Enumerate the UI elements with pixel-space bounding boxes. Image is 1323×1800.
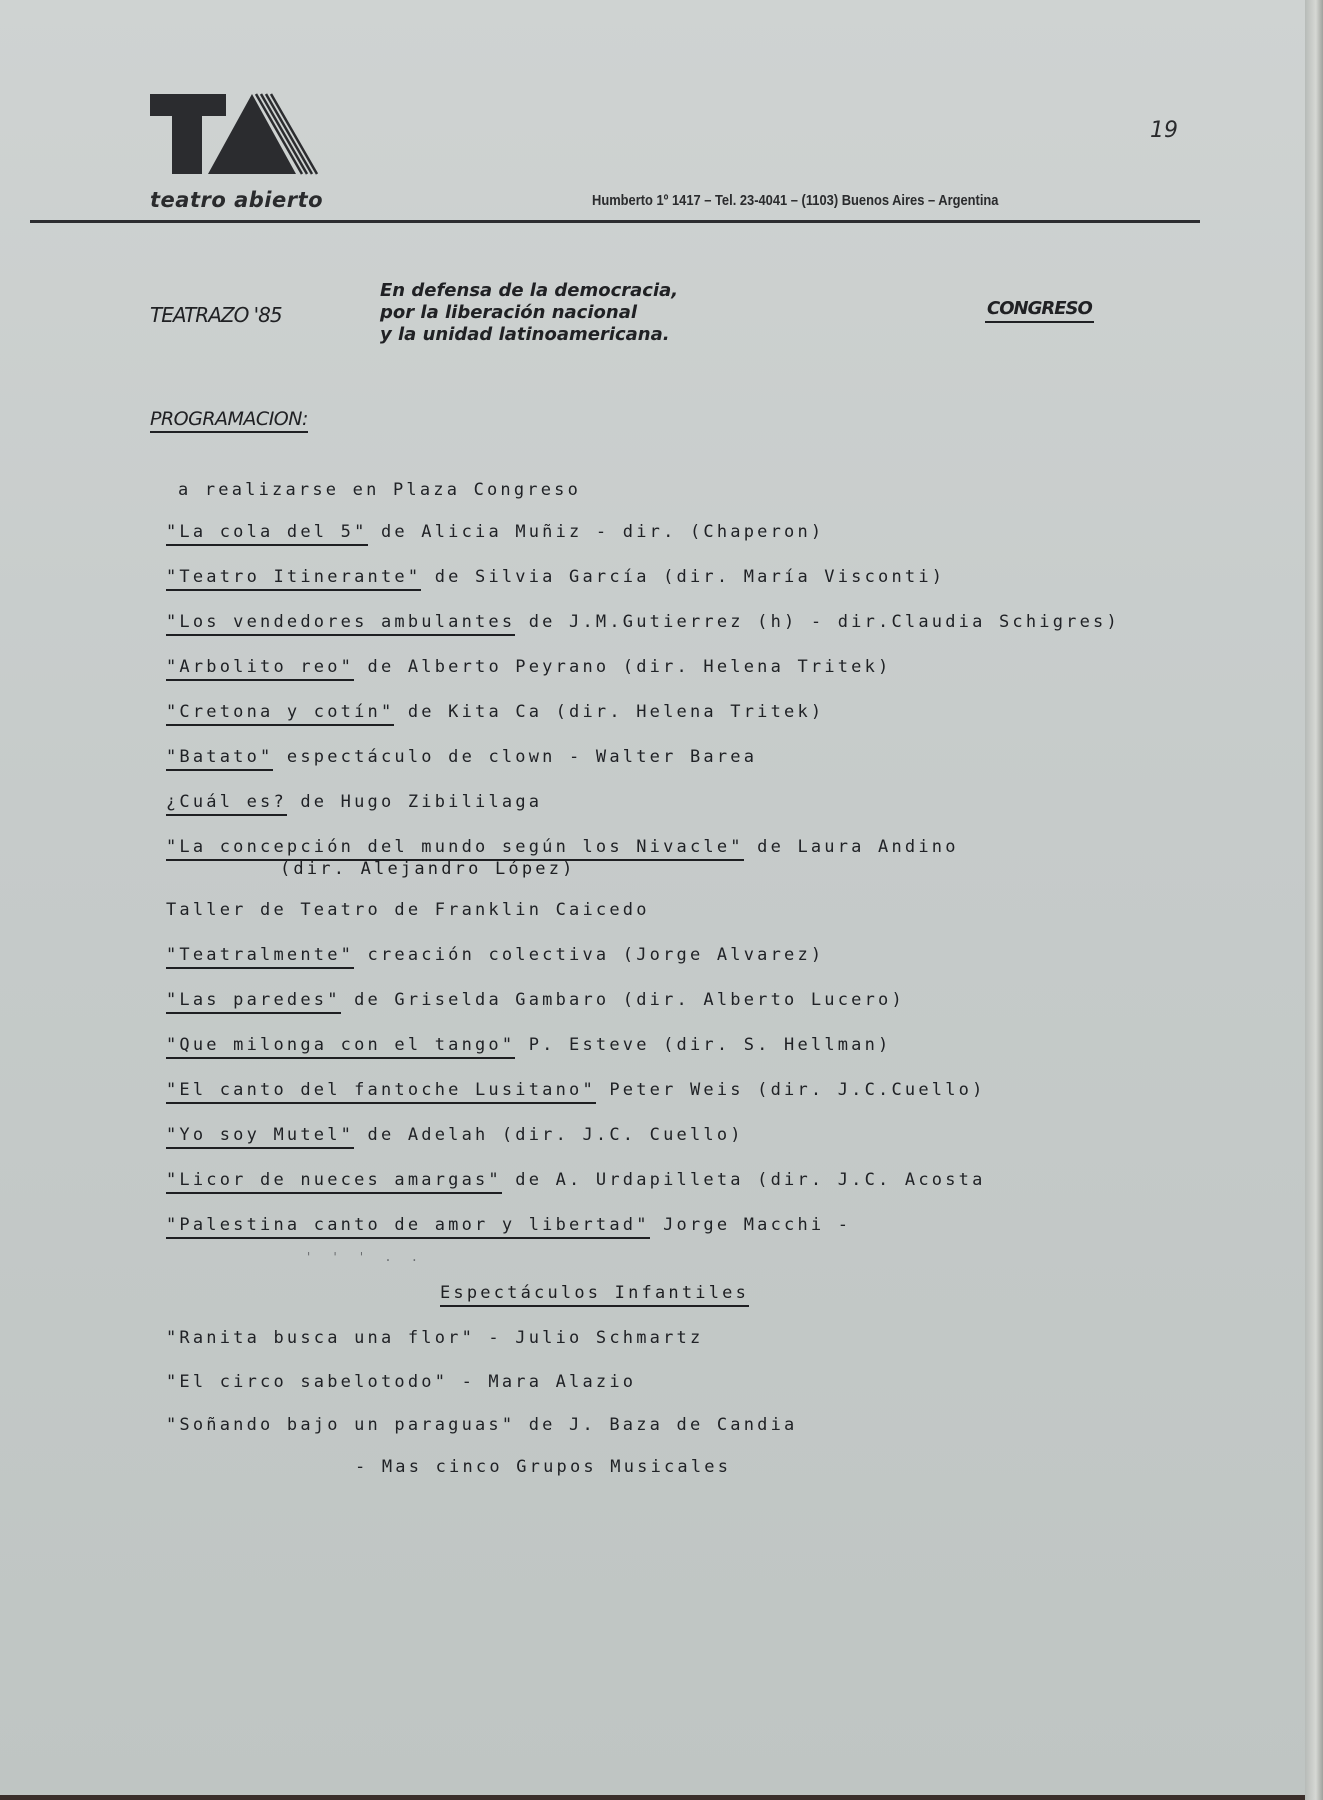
program-item-title: "Yo soy Mutel" [166,1125,354,1149]
program-item-title: "La concepción del mundo según los Nivac… [166,837,744,861]
program-item: "Los vendedores ambulantes de J.M.Gutier… [166,612,1120,632]
program-item-title: "Cretona y cotín" [166,702,394,726]
page-speckles: ' ' ' . . [305,1250,424,1264]
program-item: "Arbolito reo" de Alberto Peyrano (dir. … [166,657,892,677]
program-item-credits: espectáculo de clown - Walter Barea [273,747,757,767]
program-item-credits: de J.M.Gutierrez (h) - dir.Claudia Schig… [515,612,1120,632]
infantiles-footer: - Mas cinco Grupos Musicales [355,1457,731,1477]
program-item: "Teatralmente" creación colectiva (Jorge… [166,945,824,965]
program-item: Taller de Teatro de Franklin Caicedo [166,900,650,920]
motto-line: En defensa de la democracia, [380,280,678,302]
page-edge [1305,0,1323,1800]
program-item: "La cola del 5" de Alicia Muñiz - dir. (… [166,522,824,542]
program-item-credits: de Kita Ca (dir. Helena Tritek) [394,702,824,722]
program-item-title: "Los vendedores ambulantes [166,612,515,636]
program-item: ¿Cuál es? de Hugo Zibililaga [166,792,542,812]
letterhead-address: Humberto 1º 1417 – Tel. 23-4041 – (1103)… [592,192,998,209]
logo-wordmark: teatro abierto [150,188,323,212]
program-item-title: "Licor de nueces amargas" [166,1170,502,1194]
program-item-title: "Arbolito reo" [166,657,354,681]
header-divider [30,220,1200,223]
program-item: "La concepción del mundo según los Nivac… [166,837,959,857]
program-item-title: "Teatralmente" [166,945,354,969]
program-item-credits: de Alicia Muñiz - dir. (Chaperon) [368,522,825,542]
program-item-credits: creación colectiva (Jorge Alvarez) [354,945,824,965]
event-motto: En defensa de la democracia, por la libe… [380,280,678,346]
program-item-credits: Jorge Macchi - [650,1215,852,1235]
infantiles-item: "Soñando bajo un paraguas" de J. Baza de… [166,1415,797,1435]
program-item-title: "Palestina canto de amor y libertad" [166,1215,650,1239]
program-item-credits: Peter Weis (dir. J.C.Cuello) [596,1080,986,1100]
program-item-title: "Que milonga con el tango" [166,1035,515,1059]
program-item-title: "El canto del fantoche Lusitano" [166,1080,596,1104]
program-item-credits: Taller de Teatro de Franklin Caicedo [166,900,650,920]
program-item: "Las paredes" de Griselda Gambaro (dir. … [166,990,905,1010]
program-item-credits: P. Esteve (dir. S. Hellman) [515,1035,891,1055]
program-item-title: "Batato" [166,747,273,771]
program-item-credits: de Griselda Gambaro (dir. Alberto Lucero… [341,990,905,1010]
infantiles-item: "El circo sabelotodo" - Mara Alazio [166,1372,636,1392]
program-intro: a realizarse en Plaza Congreso [178,480,581,500]
program-item: "Teatro Itinerante" de Silvia García (di… [166,567,945,587]
program-item-credits: de Alberto Peyrano (dir. Helena Tritek) [354,657,891,677]
venue-label: CONGRESO [985,298,1094,323]
section-label: PROGRAMACION: [150,408,308,433]
infantiles-item: "Ranita busca una flor" - Julio Schmartz [166,1328,703,1348]
program-item-credits: de Laura Andino [744,837,959,857]
program-item: "Yo soy Mutel" de Adelah (dir. J.C. Cuel… [166,1125,744,1145]
program-item-title: ¿Cuál es? [166,792,287,816]
page-number: 19 [1150,118,1178,143]
program-item: "El canto del fantoche Lusitano" Peter W… [166,1080,986,1100]
teatro-abierto-logo-icon [150,92,330,177]
infantiles-heading: Espectáculos Infantiles [440,1283,749,1307]
program-item-title: "Las paredes" [166,990,341,1014]
program-item: "Que milonga con el tango" P. Esteve (di… [166,1035,892,1055]
document-page: teatro abierto 19 Humberto 1º 1417 – Tel… [0,0,1307,1795]
program-item: "Licor de nueces amargas" de A. Urdapill… [166,1170,986,1190]
program-item-credits: de Silvia García (dir. María Visconti) [421,567,945,587]
program-item-credits: de Hugo Zibililaga [287,792,542,812]
motto-line: y la unidad latinoamericana. [380,324,678,346]
event-title: TEATRAZO '85 [150,303,282,327]
motto-line: por la liberación nacional [380,302,678,324]
program-item: "Cretona y cotín" de Kita Ca (dir. Helen… [166,702,824,722]
program-item-director: (dir. Alejandro López) [280,859,576,879]
program-item: "Batato" espectáculo de clown - Walter B… [166,747,757,767]
program-item: "Palestina canto de amor y libertad" Jor… [166,1215,851,1235]
program-item-title: "La cola del 5" [166,522,368,546]
program-item-credits: de A. Urdapilleta (dir. J.C. Acosta [502,1170,986,1190]
program-item-credits: de Adelah (dir. J.C. Cuello) [354,1125,744,1145]
program-item-title: "Teatro Itinerante" [166,567,421,591]
